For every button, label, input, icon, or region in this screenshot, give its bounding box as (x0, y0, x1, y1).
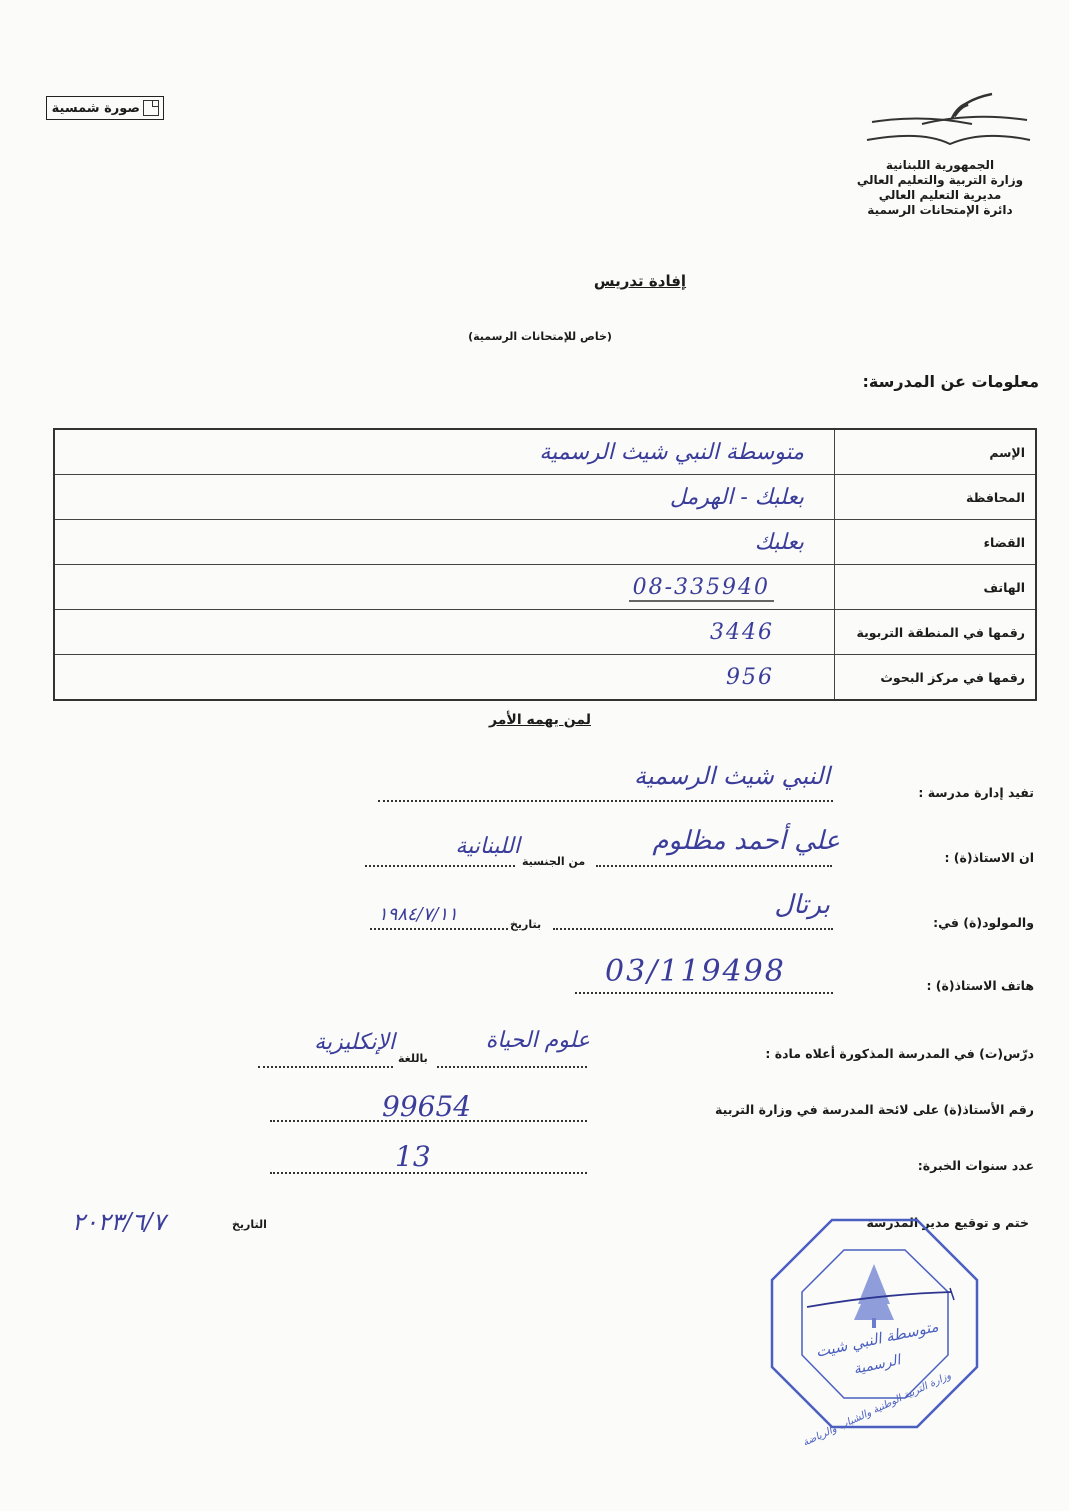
date-value: ٢٠٢٣/٦/٧ (72, 1208, 222, 1236)
dotted-line (370, 928, 508, 930)
subject-value: علوم الحياة (440, 1028, 590, 1053)
phone-value-text: 08-335940 (629, 575, 774, 602)
table-row: 3446 رقمها في المنطقة التربوية (54, 610, 1036, 655)
teacher-phone-value: 03/119498 (605, 954, 845, 989)
dotted-line (553, 928, 833, 930)
photo-box-label: صورة شمسية (52, 101, 140, 116)
table-row: متوسطة النبي شيث الرسمية الإسم (54, 429, 1036, 475)
dotted-line (596, 865, 832, 867)
birth-date-value: ١٩٨٤/٧/١١ (378, 904, 508, 925)
language-value: الإنكليزية (255, 1030, 395, 1055)
roster-number-value: 99654 (382, 1090, 522, 1123)
phone-label: الهاتف (835, 565, 1037, 610)
education-zone-number-value: 3446 (54, 610, 835, 655)
open-book-with-quill-icon (862, 92, 1032, 162)
dotted-line (378, 800, 833, 802)
photo-icon (143, 100, 159, 116)
school-admin-label: تفيد إدارة مدرسة : (918, 785, 1034, 800)
dotted-line (437, 1066, 587, 1068)
nationality-value: اللبنانية (380, 834, 520, 859)
teacher-name-value: علي أحمد مظلوم (640, 826, 840, 856)
school-stamp: متوسطة النبي شيت الرسمية وزارة التربية ا… (762, 1212, 987, 1437)
header-line: مديرية التعليم العالي (820, 188, 1060, 203)
born-label: والمولود(ة) في: (933, 915, 1034, 930)
school-admin-value: النبي شيث الرسمية (600, 762, 830, 790)
teacher-label: ان الاستاذ(ة) : (944, 850, 1034, 865)
experience-label: عدد سنوات الخبرة: (918, 1158, 1034, 1173)
table-row: 956 رقمها في مركز البحوث (54, 655, 1036, 701)
birth-date-label: بتاريخ (510, 918, 541, 931)
photo-box: صورة شمسية (46, 96, 164, 120)
table-row: بعلبك - الهرمل المحافظة (54, 475, 1036, 520)
dotted-line (258, 1066, 393, 1068)
school-name-label: الإسم (835, 429, 1037, 475)
taught-subject-label: درّس(ت) في المدرسة المذكورة أعلاه مادة : (765, 1046, 1034, 1061)
table-row: بعلبك القضاء (54, 520, 1036, 565)
section-heading: معلومات عن المدرسة: (863, 372, 1039, 391)
to-whom-heading: لمن يهمه الأمر (470, 712, 610, 728)
nationality-label: من الجنسية (522, 855, 585, 868)
language-label: باللغة (398, 1052, 428, 1065)
phone-value: 08-335940 (54, 565, 835, 610)
dotted-line (575, 992, 833, 994)
ministry-header: الجمهورية اللبنانية وزارة التربية والتعل… (820, 158, 1060, 218)
header-line: دائرة الإمتحانات الرسمية (820, 203, 1060, 218)
school-info-table: متوسطة النبي شيث الرسمية الإسم بعلبك - ا… (53, 428, 1037, 701)
document-title: إفادة تدريس (560, 272, 720, 290)
teacher-phone-label: هاتف الاستاذ(ة) : (926, 978, 1034, 993)
date-label: التاريخ (232, 1218, 267, 1231)
research-center-number-value: 956 (54, 655, 835, 701)
research-center-number-label: رقمها في مركز البحوث (835, 655, 1037, 701)
governorate-label: المحافظة (835, 475, 1037, 520)
birth-place-value: برتال (700, 890, 830, 920)
roster-number-label: رقم الأستاذ(ة) على لائحة المدرسة في وزار… (715, 1102, 1034, 1117)
table-row: 08-335940 الهاتف (54, 565, 1036, 610)
district-value: بعلبك (54, 520, 835, 565)
document-subtitle: (خاص للإمتحانات الرسمية) (420, 330, 660, 343)
school-name-value: متوسطة النبي شيث الرسمية (54, 429, 835, 475)
dotted-line (365, 865, 515, 867)
header-line: الجمهورية اللبنانية (820, 158, 1060, 173)
governorate-value: بعلبك - الهرمل (54, 475, 835, 520)
experience-value: 13 (395, 1140, 475, 1173)
education-zone-number-label: رقمها في المنطقة التربوية (835, 610, 1037, 655)
district-label: القضاء (835, 520, 1037, 565)
header-line: وزارة التربية والتعليم العالي (820, 173, 1060, 188)
